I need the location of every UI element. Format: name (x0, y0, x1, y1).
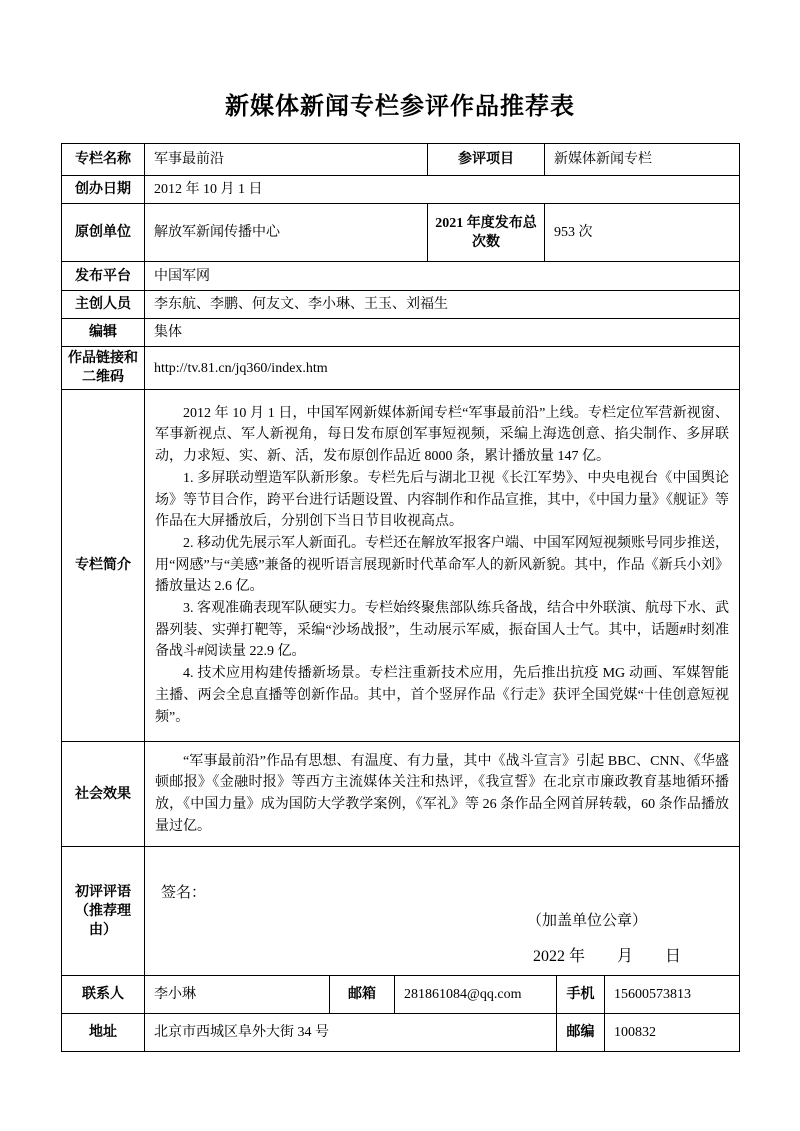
row-work-link: 作品链接和二维码 http://tv.81.cn/jq360/index.htm (62, 347, 740, 390)
annual-posts-value: 953 次 (545, 204, 740, 262)
contact-name-value: 李小琳 (145, 976, 330, 1014)
row-social-effect: 社会效果 “军事最前沿”作品有思想、有温度、有力量，其中《战斗宣言》引起 BBC… (62, 742, 740, 847)
page-title: 新媒体新闻专栏参评作品推荐表 (0, 0, 800, 122)
row-contact: 联系人 李小琳 邮箱 281861084@qq.com 手机 156005738… (62, 976, 740, 1014)
social-effect-text: “军事最前沿”作品有思想、有温度、有力量，其中《战斗宣言》引起 BBC、CNN、… (145, 742, 740, 847)
founding-date-label: 创办日期 (62, 176, 145, 204)
creators-label: 主创人员 (62, 291, 145, 319)
row-column-name: 专栏名称 军事最前沿 参评项目 新媒体新闻专栏 (62, 144, 740, 176)
address-label: 地址 (62, 1014, 145, 1052)
original-unit-label: 原创单位 (62, 204, 145, 262)
email-value: 281861084@qq.com (395, 976, 557, 1014)
original-unit-value: 解放军新闻传播中心 (145, 204, 428, 262)
recommendation-form-table: 专栏名称 军事最前沿 参评项目 新媒体新闻专栏 创办日期 2012 年 10 月… (61, 143, 740, 1052)
annual-posts-label: 2021 年度发布总次数 (428, 204, 545, 262)
preliminary-review-area: 签名： （加盖单位公章） 2022 年 月 日 (145, 847, 740, 976)
social-effect-label: 社会效果 (62, 742, 145, 847)
row-address: 地址 北京市西城区阜外大街 34 号 邮编 100832 (62, 1014, 740, 1052)
contact-label: 联系人 (62, 976, 145, 1014)
intro-paragraph: 3. 客观准确表现军队硬实力。专栏始终聚焦部队练兵备战，结合中外联演、航母下水、… (155, 598, 729, 663)
column-name-value: 军事最前沿 (145, 144, 428, 176)
entry-category-label: 参评项目 (428, 144, 545, 176)
row-original-unit: 原创单位 解放军新闻传播中心 2021 年度发布总次数 953 次 (62, 204, 740, 262)
intro-paragraph: 4. 技术应用构建传播新场景。专栏注重新技术应用，先后推出抗疫 MG 动画、军媒… (155, 663, 729, 728)
row-platform: 发布平台 中国军网 (62, 262, 740, 291)
postcode-value: 100832 (605, 1014, 740, 1052)
row-preliminary-review: 初评评语（推荐理由） 签名： （加盖单位公章） 2022 年 月 日 (62, 847, 740, 976)
address-value: 北京市西城区阜外大街 34 号 (145, 1014, 557, 1052)
intro-paragraph: 2012 年 10 月 1 日，中国军网新媒体新闻专栏“军事最前沿”上线。专栏定… (155, 403, 729, 468)
creators-value: 李东航、李鹏、何友文、李小琳、王玉、刘福生 (145, 291, 740, 319)
work-link-label: 作品链接和二维码 (62, 347, 145, 390)
mobile-value: 15600573813 (605, 976, 740, 1014)
editor-value: 集体 (145, 319, 740, 347)
postcode-label: 邮编 (557, 1014, 605, 1052)
signature-label: 签名： (161, 881, 206, 902)
editor-label: 编辑 (62, 319, 145, 347)
mobile-label: 手机 (557, 976, 605, 1014)
row-column-intro: 专栏简介 2012 年 10 月 1 日，中国军网新媒体新闻专栏“军事最前沿”上… (62, 390, 740, 742)
intro-paragraph: 1. 多屏联动塑造军队新形象。专栏先后与湖北卫视《长江军势》、中央电视台《中国舆… (155, 468, 729, 533)
official-seal-note: （加盖单位公章） (527, 909, 647, 930)
platform-label: 发布平台 (62, 262, 145, 291)
platform-value: 中国军网 (145, 262, 740, 291)
founding-date-value: 2012 年 10 月 1 日 (145, 176, 740, 204)
work-link-url: http://tv.81.cn/jq360/index.htm (145, 347, 740, 390)
review-date-line: 2022 年 月 日 (533, 943, 681, 966)
document-page: 新媒体新闻专栏参评作品推荐表 专栏名称 军事最前沿 参评项目 新媒体新闻专栏 创… (0, 0, 800, 1131)
column-intro-label: 专栏简介 (62, 390, 145, 742)
intro-paragraph: 2. 移动优先展示军人新面孔。专栏还在解放军报客户端、中国军网短视频账号同步推送… (155, 533, 729, 598)
social-effect-paragraph: “军事最前沿”作品有思想、有温度、有力量，其中《战斗宣言》引起 BBC、CNN、… (155, 751, 729, 838)
row-editor: 编辑 集体 (62, 319, 740, 347)
column-name-label: 专栏名称 (62, 144, 145, 176)
column-intro-text: 2012 年 10 月 1 日，中国军网新媒体新闻专栏“军事最前沿”上线。专栏定… (145, 390, 740, 742)
preliminary-review-label: 初评评语（推荐理由） (62, 847, 145, 976)
row-creators: 主创人员 李东航、李鹏、何友文、李小琳、王玉、刘福生 (62, 291, 740, 319)
entry-category-value: 新媒体新闻专栏 (545, 144, 740, 176)
row-founding-date: 创办日期 2012 年 10 月 1 日 (62, 176, 740, 204)
email-label: 邮箱 (330, 976, 395, 1014)
